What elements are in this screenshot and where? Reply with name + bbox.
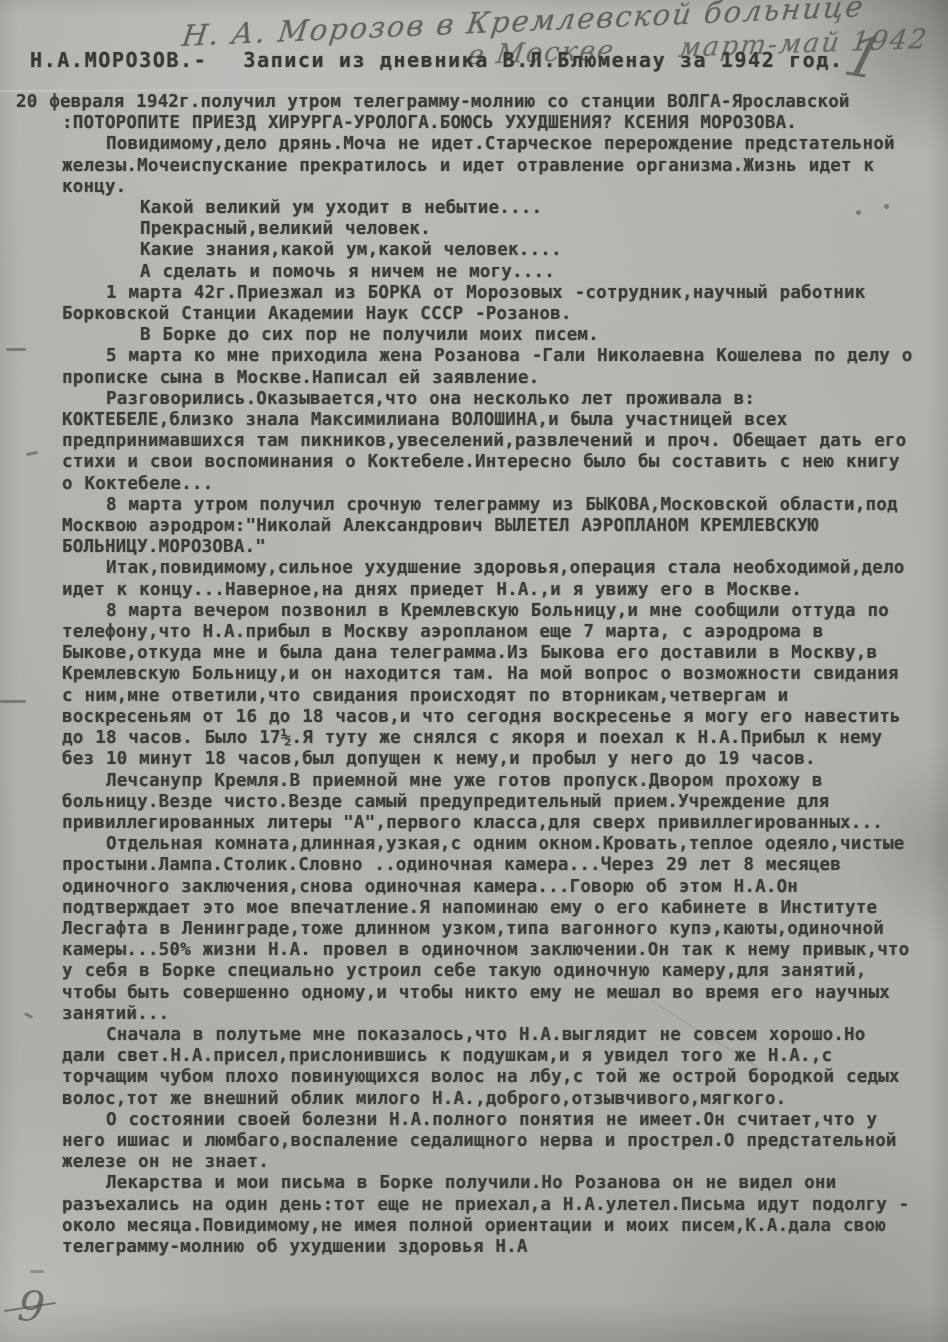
paragraph-16: Сначала в полутьме мне показалось,что Н.… <box>62 1025 914 1110</box>
crossed-out-pencil-digit: 9 <box>16 1281 48 1333</box>
paragraph-13: 8 марта вечером позвонил в Кремлевскую Б… <box>62 601 914 771</box>
paragraph-6: А сделать и помочь я ничем не могу.... <box>62 262 914 283</box>
scanned-document-page: Н. А. Морозов в Кремлевской больнице в М… <box>0 0 948 1342</box>
handwritten-annotation-line1: Н. А. Морозов в Кремлевской больнице <box>180 0 867 53</box>
paragraph-17: О состоянии своей болезни Н.А.полного по… <box>62 1110 914 1174</box>
paragraph-10: Разговорились.Оказывается,что она нескол… <box>62 389 914 495</box>
document-title: Н.А.МОРОЗОВ.- Записи из дневника В.Л.Блю… <box>30 48 920 72</box>
paragraph-12: Итак,повидимому,сильное ухудшение здоров… <box>62 558 914 600</box>
paragraph-2: Повидимому,дело дрянь.Моча не идет.Старч… <box>62 134 914 198</box>
document-title-text: Записи из дневника В.Л.Блюменау за 1942 … <box>243 48 843 72</box>
document-body: 20 февраля 1942г.получил утром телеграмм… <box>0 92 948 1258</box>
paragraph-15: Отдельная комната,длинная,узкая,с одним … <box>62 834 914 1025</box>
paragraph-4: Прекрасный,великий человек. <box>62 219 914 240</box>
pencil-strike-line <box>4 1302 56 1312</box>
paragraph-11: 8 марта утром получил срочную телеграмму… <box>62 495 914 559</box>
paragraph-3: Какой великий ум уходит в небытие.... <box>62 198 914 219</box>
paragraph-14: Лечсанупр Кремля.В приемной мне уже гото… <box>62 771 914 835</box>
paragraph-9: 5 марта ко мне приходила жена Розанова -… <box>62 346 914 388</box>
paragraph-5: Какие знания,какой ум,какой человек.... <box>62 240 914 261</box>
document-title-author: Н.А.МОРОЗОВ.- <box>30 48 207 72</box>
paragraph-18: Лекарства и мои письма в Борке получили.… <box>62 1173 914 1258</box>
paragraph-8: В Борке до сих пор не получили моих писе… <box>62 325 914 346</box>
pencil-dash-mark <box>30 1270 44 1273</box>
paragraph-1: 20 февраля 1942г.получил утром телеграмм… <box>62 92 914 134</box>
paragraph-7: 1 марта 42г.Приезжал из БОРКА от Морозов… <box>62 283 914 325</box>
